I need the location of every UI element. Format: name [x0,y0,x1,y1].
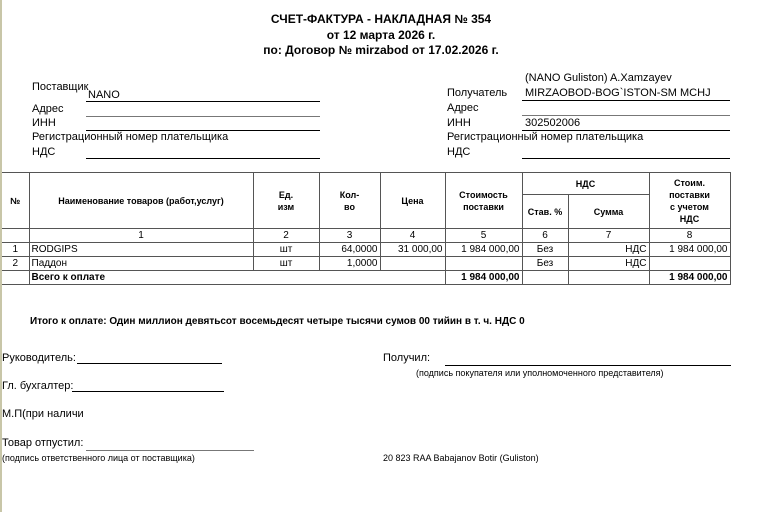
item-qty: 1,0000 [319,257,380,271]
recipient-address-line [522,115,730,116]
header-cost: Стоимостьпоставки [445,173,522,229]
items-table: № Наименование товаров (работ,услуг) Ед.… [2,172,731,285]
stamp-label: М.П(при наличи [2,408,88,420]
item-vat-rate: Без [522,257,568,271]
released-note: (подпись ответственного лица от поставщи… [2,453,195,463]
received-label: Получил: [383,352,430,364]
invoice-contract: по: Договор № mirzabod от 17.02.2026 г. [0,43,762,57]
header-unit: Ед.изм [253,173,319,229]
col-number: 6 [522,229,568,243]
supplier-vat-line [86,158,320,159]
totals-row: Всего к оплате 1 984 000,00 1 984 000,00 [2,271,730,285]
amount-in-words: Итого к оплате: Один миллион девятьсот в… [30,316,525,327]
footer-info: 20 823 RAA Babajanov Botir (Guliston) [383,453,539,463]
col-number: 2 [253,229,319,243]
director-label: Руководитель: [2,352,76,364]
recipient-vat-label: НДС [447,146,470,158]
table-row: 1 RODGIPS шт 64,0000 31 000,00 1 984 000… [2,243,730,257]
item-cost: 1 984 000,00 [445,243,522,257]
recipient-name-line [522,100,730,101]
col-number: 1 [29,229,253,243]
invoice-date: от 12 марта 2026 г. [0,28,762,42]
accountant-label: Гл. бухгалтер: [2,380,73,392]
recipient-vat-line [522,158,730,159]
column-numbers-row: 1 2 3 4 5 6 7 8 [2,229,730,243]
totals-label: Всего к оплате [29,271,445,285]
released-label: Товар отпустил: [2,437,83,449]
recipient-inn-label: ИНН [447,117,471,129]
supplier-label: Поставщик [32,81,88,93]
item-total [649,257,730,271]
supplier-inn-label: ИНН [32,117,56,129]
invoice-title: СЧЕТ-ФАКТУРА - НАКЛАДНАЯ № 354 [0,12,762,26]
recipient-note: (NANO Guliston) A.Xamzayev [525,72,672,84]
supplier-address-line [86,116,320,117]
item-unit: шт [253,243,319,257]
released-signature-line [86,450,254,451]
supplier-reg-label: Регистрационный номер плательщика [32,131,228,143]
supplier-vat-label: НДС [32,146,55,158]
item-qty: 64,0000 [319,243,380,257]
col-number: 7 [568,229,649,243]
supplier-address-label: Адрес [32,103,64,115]
table-row: 2 Паддон шт 1,0000 Без НДС [2,257,730,271]
header-vat-sum: Сумма [568,195,649,229]
col-number: 8 [649,229,730,243]
item-price: 31 000,00 [380,243,445,257]
header-qty: Кол-во [319,173,380,229]
accountant-signature-line [72,391,224,392]
header-price: Цена [380,173,445,229]
col-number: 4 [380,229,445,243]
recipient-inn: 302502006 [525,117,580,129]
totals-cost: 1 984 000,00 [445,271,522,285]
supplier-name: NANO [88,89,120,101]
item-total: 1 984 000,00 [649,243,730,257]
item-vat-sum: НДС [568,257,649,271]
director-signature-line [77,363,222,364]
received-signature-line [445,365,731,366]
header-no: № [2,173,29,229]
supplier-name-line [86,101,320,102]
header-vat-rate: Став. % [522,195,568,229]
recipient-label: Получатель [447,87,507,99]
item-name: Паддон [29,257,253,271]
header-name: Наименование товаров (работ,услуг) [29,173,253,229]
item-price [380,257,445,271]
recipient-reg-label: Регистрационный номер плательщика [447,131,643,143]
table-header-row: № Наименование товаров (работ,услуг) Ед.… [2,173,730,195]
header-total: Стоим.поставкис учетомНДС [649,173,730,229]
item-unit: шт [253,257,319,271]
col-number: 5 [445,229,522,243]
recipient-address-label: Адрес [447,102,479,114]
header-vat: НДС [522,173,649,195]
totals-total: 1 984 000,00 [649,271,730,285]
item-vat-rate: Без [522,243,568,257]
received-note: (подпись покупателя или уполномоченного … [416,368,664,378]
item-cost [445,257,522,271]
item-name: RODGIPS [29,243,253,257]
recipient-name: MIRZAOBOD-BOG`ISTON-SM MCHJ [525,87,711,99]
col-number: 3 [319,229,380,243]
item-vat-sum: НДС [568,243,649,257]
